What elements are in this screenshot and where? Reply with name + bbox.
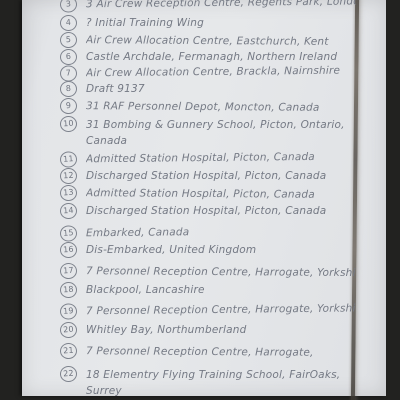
list-item: 15Embarked, Canada [60, 222, 356, 241]
list-item: 14Discharged Station Hospital, Picton, C… [60, 203, 356, 219]
item-number-badge: 16 [59, 241, 77, 258]
item-number-badge: 4 [59, 14, 77, 31]
item-text: Discharged Station Hospital, Picton, Can… [86, 203, 356, 219]
handwritten-list: 33 Air Crew Reception Centre, Regents Pa… [60, 0, 360, 396]
item-text: Discharged Station Hospital, Picton, Can… [86, 168, 356, 184]
item-number-badge: 22 [59, 365, 77, 382]
list-item: 931 RAF Personnel Depot, Moncton, Canada [60, 98, 356, 116]
item-text: 3 Air Crew Reception Centre, Regents Par… [86, 0, 356, 12]
list-item: 11Admitted Station Hospital, Picton, Can… [60, 148, 356, 167]
item-text: Whitley Bay, Northumberland [86, 322, 356, 338]
item-number-badge: 14 [59, 202, 77, 219]
item-number-badge: 11 [59, 151, 77, 168]
item-number-badge: 6 [59, 48, 77, 65]
item-number-badge: 9 [60, 98, 78, 115]
list-item: 18Blackpool, Lancashire [60, 282, 356, 298]
list-item: 20Whitley Bay, Northumberland [60, 322, 356, 338]
item-number-badge: 15 [59, 225, 77, 242]
item-number-badge: 13 [60, 185, 78, 202]
item-text: 31 RAF Personnel Depot, Moncton, Canada [86, 98, 356, 116]
item-number-badge: 17 [60, 263, 78, 280]
item-text: Admitted Station Hospital, Picton, Canad… [86, 185, 356, 203]
list-item: 33 Air Crew Reception Centre, Regents Pa… [60, 0, 356, 13]
item-text: Dis-Embarked, United Kingdom [86, 242, 356, 258]
list-item: 7Air Crew Allocation Centre, Brackla, Na… [60, 62, 356, 81]
list-item: 13Admitted Station Hospital, Picton, Can… [60, 185, 356, 203]
item-number-badge: 12 [59, 167, 77, 184]
item-number-badge: 19 [59, 303, 77, 320]
list-item: 4? Initial Training Wing [60, 15, 356, 31]
list-item: 2218 Elementry Flying Training School, F… [60, 366, 356, 399]
item-number-badge: 20 [59, 321, 77, 338]
list-item: 5Air Crew Allocation Centre, Eastchurch,… [60, 32, 356, 50]
item-number-badge: 8 [59, 80, 77, 97]
item-number-badge: 3 [59, 0, 77, 13]
item-number-badge: 18 [59, 281, 77, 298]
item-text: Air Crew Allocation Centre, Eastchurch, … [86, 32, 356, 50]
item-text: Embarked, Canada [86, 222, 356, 241]
item-number-badge: 5 [60, 32, 78, 49]
list-item: 197 Personnel Reception Centre, Harrogat… [60, 300, 356, 319]
item-text: 7 Personnel Reception Centre, Harrogate, [86, 343, 356, 361]
list-item: 12Discharged Station Hospital, Picton, C… [60, 168, 356, 184]
item-text: Draft 9137 [86, 81, 356, 97]
item-text: ? Initial Training Wing [86, 15, 356, 31]
list-item: 217 Personnel Reception Centre, Harrogat… [60, 343, 356, 361]
item-number-badge: 7 [59, 65, 77, 82]
item-number-badge: 21 [60, 343, 78, 360]
item-text: 7 Personnel Reception Centre, Harrogate,… [86, 300, 356, 319]
paper-sheet: 33 Air Crew Reception Centre, Regents Pa… [22, 0, 386, 396]
item-text: 7 Personnel Reception Centre, Harrogate,… [86, 263, 356, 281]
item-text: Air Crew Allocation Centre, Brackla, Nai… [86, 62, 356, 81]
list-item: 1031 Bombing & Gunnery School, Picton, O… [60, 116, 356, 149]
list-item: 177 Personnel Reception Centre, Harrogat… [60, 263, 356, 281]
item-text: Blackpool, Lancashire [86, 282, 356, 298]
item-text: 18 Elementry Flying Training School, Fai… [86, 366, 356, 399]
list-item: 8Draft 9137 [60, 81, 356, 97]
list-item: 16Dis-Embarked, United Kingdom [60, 242, 356, 258]
item-number-badge: 10 [59, 115, 77, 132]
item-text: 31 Bombing & Gunnery School, Picton, Ont… [86, 116, 356, 149]
item-text: Admitted Station Hospital, Picton, Canad… [86, 148, 356, 167]
